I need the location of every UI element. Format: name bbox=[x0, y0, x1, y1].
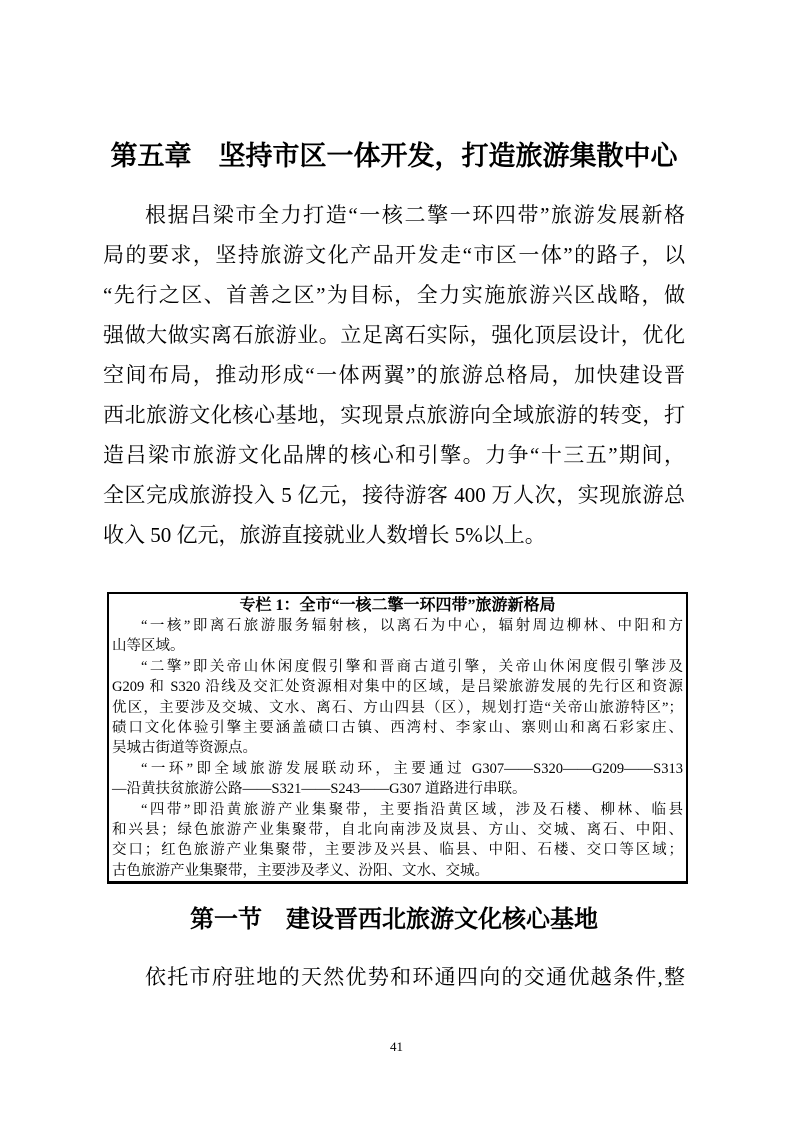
document-page: 第五章 坚持市区一体开发，打造旅游集散中心 根据吕梁市全力打造“一核二擎一环四带… bbox=[0, 0, 793, 1122]
text-line: “先行之区、首善之区”为目标，全力实施旅游兴区战略，做 bbox=[103, 275, 685, 315]
closing-paragraph: 依托市府驻地的天然优势和环通四向的交通优越条件,整 bbox=[103, 957, 685, 997]
text-line: 山等区域。 bbox=[112, 636, 683, 656]
text-line: “一环”即全域旅游发展联动环，主要通过 G307——S320——G209——S3… bbox=[112, 759, 683, 779]
text-line: 空间布局，推动形成“一体两翼”的旅游总格局，加快建设晋 bbox=[103, 355, 685, 395]
box-paragraph-core: “一核”即离石旅游服务辐射核，以离石为中心，辐射周边柳林、中阳和方山等区域。 bbox=[112, 616, 683, 657]
text-line: 依托市府驻地的天然优势和环通四向的交通优越条件,整 bbox=[103, 957, 685, 997]
text-line: 碛口文化体验引擎主要涵盖碛口古镇、西湾村、李家山、寨则山和离石彩家庄、 bbox=[112, 718, 683, 738]
box-paragraph-engines: “二擎”即关帝山休闲度假引擎和晋商古道引擎，关帝山休闲度假引擎涉及G209 和 … bbox=[112, 657, 683, 759]
text-line: 西北旅游文化核心基地，实现景点旅游向全域旅游的转变，打 bbox=[103, 395, 685, 435]
text-line: 吴城古街道等资源点。 bbox=[112, 738, 683, 758]
text-line: G209 和 S320 沿线及交汇处资源相对集中的区域，是吕梁旅游发展的先行区和… bbox=[112, 677, 683, 697]
text-line: 古色旅游产业集聚带，主要涉及孝义、汾阳、文水、交城。 bbox=[112, 861, 683, 881]
page-number: 41 bbox=[0, 1038, 793, 1056]
text-line: 交口；红色旅游产业集聚带，主要涉及兴县、临县、中阳、石楼、交口等区域； bbox=[112, 840, 683, 860]
text-line: 局的要求，坚持旅游文化产品开发走“市区一体”的路子，以 bbox=[103, 235, 685, 275]
intro-paragraph: 根据吕梁市全力打造“一核二擎一环四带”旅游发展新格局的要求，坚持旅游文化产品开发… bbox=[103, 195, 685, 555]
box-paragraph-belts: “四带”即沿黄旅游产业集聚带，主要指沿黄区域，涉及石楼、柳林、临县和兴县；绿色旅… bbox=[112, 800, 683, 882]
text-line: 全区完成旅游投入 5 亿元，接待游客 400 万人次，实现旅游总 bbox=[103, 475, 685, 515]
text-line: “四带”即沿黄旅游产业集聚带，主要指沿黄区域，涉及石楼、柳林、临县 bbox=[112, 800, 683, 820]
text-line: —沿黄扶贫旅游公路——S321——S243——G307 道路进行串联。 bbox=[112, 779, 683, 799]
section-title: 第一节 建设晋西北旅游文化核心基地 bbox=[103, 903, 685, 937]
callout-box-title: 专栏 1：全市“一核二擎一环四带”旅游新格局 bbox=[112, 595, 683, 616]
text-line: 收入 50 亿元，旅游直接就业人数增长 5%以上。 bbox=[103, 515, 685, 555]
text-line: 和兴县；绿色旅游产业集聚带，自北向南涉及岚县、方山、交城、离石、中阳、 bbox=[112, 820, 683, 840]
chapter-title: 第五章 坚持市区一体开发，打造旅游集散中心 bbox=[103, 137, 685, 175]
text-line: 根据吕梁市全力打造“一核二擎一环四带”旅游发展新格 bbox=[103, 195, 685, 235]
box-paragraph-ring: “一环”即全域旅游发展联动环，主要通过 G307——S320——G209——S3… bbox=[112, 759, 683, 800]
text-line: 造吕梁市旅游文化品牌的核心和引擎。力争“十三五”期间， bbox=[103, 435, 685, 475]
text-line: 强做大做实离石旅游业。立足离石实际，强化顶层设计，优化 bbox=[103, 315, 685, 355]
text-line: “二擎”即关帝山休闲度假引擎和晋商古道引擎，关帝山休闲度假引擎涉及 bbox=[112, 657, 683, 677]
text-line: 优区，主要涉及交城、文水、离石、方山四县（区），规划打造“关帝山旅游特区”； bbox=[112, 698, 683, 718]
text-line: “一核”即离石旅游服务辐射核，以离石为中心，辐射周边柳林、中阳和方 bbox=[112, 616, 683, 636]
callout-box: 专栏 1：全市“一核二擎一环四带”旅游新格局 “一核”即离石旅游服务辐射核，以离… bbox=[107, 592, 688, 884]
